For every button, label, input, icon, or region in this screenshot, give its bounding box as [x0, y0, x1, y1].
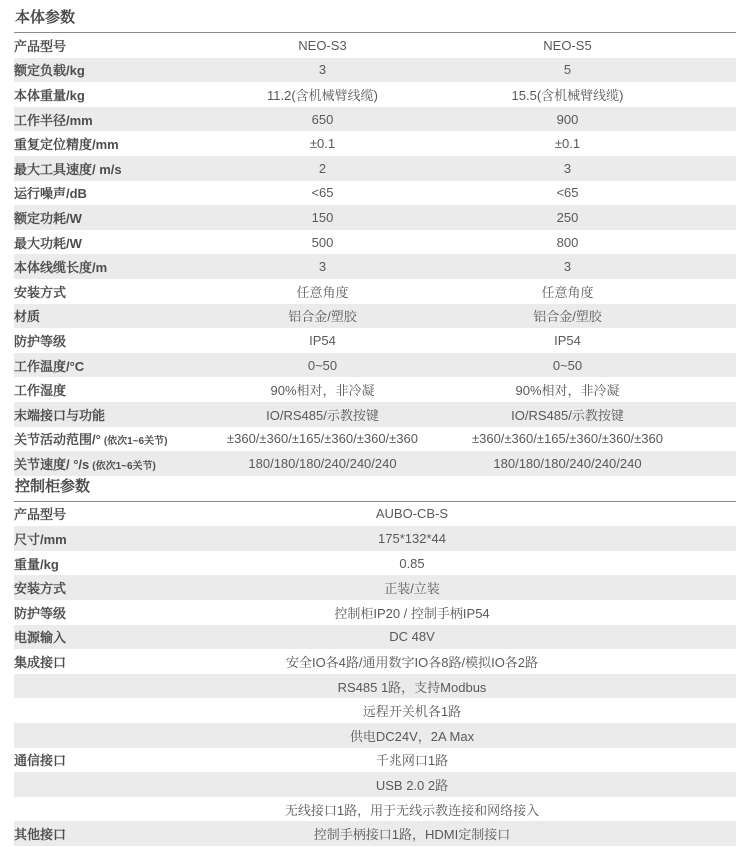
spec-label-cell	[14, 723, 200, 748]
spec-label: 尺寸/mm	[14, 532, 67, 547]
spec-value-cell: 900	[445, 107, 690, 132]
spec-value-cell: 3	[200, 58, 445, 83]
spec-value-cell: 0~50	[200, 353, 445, 378]
section-header: 本体参数	[14, 9, 736, 33]
spec-label-cell: 安装方式	[14, 279, 200, 304]
row-filler	[690, 107, 736, 132]
row-filler	[690, 377, 736, 402]
spec-label-cell: 通信接口	[14, 748, 200, 773]
control-cabinet-rows: 产品型号AUBO-CB-S尺寸/mm175*132*44重量/kg0.85安装方…	[14, 502, 736, 846]
spec-value-cell: 175*132*44	[200, 526, 624, 551]
table-row: 最大功耗/W500800	[14, 230, 736, 255]
spec-value-cell: <65	[200, 181, 445, 206]
spec-label-cell: 本体线缆长度/m	[14, 254, 200, 279]
spec-label-cell	[14, 772, 200, 797]
spec-value-cell: IP54	[200, 328, 445, 353]
row-filler	[690, 328, 736, 353]
spec-label: 工作温度/°C	[14, 359, 84, 374]
spec-label: 其他接口	[14, 827, 66, 842]
spec-value-cell: 3	[200, 254, 445, 279]
row-filler	[690, 427, 736, 452]
table-row: 工作湿度90%相对，非冷凝90%相对，非冷凝	[14, 377, 736, 402]
table-row: 关节活动范围/°(依次1~6关节)±360/±360/±165/±360/±36…	[14, 427, 736, 452]
spec-value-cell: USB 2.0 2路	[200, 772, 624, 797]
spec-label-cell: 额定功耗/W	[14, 205, 200, 230]
spec-value-cell: 0.85	[200, 551, 624, 576]
row-filler	[624, 821, 736, 846]
spec-value-cell: RS485 1路，支持Modbus	[200, 674, 624, 699]
spec-label: 最大功耗/W	[14, 236, 82, 251]
row-filler	[624, 526, 736, 551]
spec-label-cell: 产品型号	[14, 502, 200, 527]
spec-label: 防护等级	[14, 334, 66, 349]
spec-value-cell: NEO-S5	[445, 33, 690, 58]
spec-label-cell: 安装方式	[14, 575, 200, 600]
spec-value-cell: 0~50	[445, 353, 690, 378]
spec-value-cell: 500	[200, 230, 445, 255]
spec-label: 产品型号	[14, 507, 66, 522]
row-filler	[690, 131, 736, 156]
table-row: 材质铝合金/塑胶铝合金/塑胶	[14, 304, 736, 329]
spec-label-cell: 材质	[14, 304, 200, 329]
table-row: 电源输入DC 48V	[14, 625, 736, 650]
spec-value-cell: 2	[200, 156, 445, 181]
spec-label-note: (依次1~6关节)	[92, 461, 156, 472]
row-filler	[624, 649, 736, 674]
spec-label: 工作半径/mm	[14, 113, 93, 128]
spec-value-cell: IO/RS485/示教按键	[200, 402, 445, 427]
spec-label-cell: 最大工具速度/ m/s	[14, 156, 200, 181]
row-filler	[624, 698, 736, 723]
spec-label-cell: 尺寸/mm	[14, 526, 200, 551]
spec-label: 末端接口与功能	[14, 408, 105, 423]
table-row: 本体重量/kg11.2(含机械臂线缆)15.5(含机械臂线缆)	[14, 82, 736, 107]
spec-label-cell: 防护等级	[14, 328, 200, 353]
row-filler	[690, 58, 736, 83]
spec-value-cell: NEO-S3	[200, 33, 445, 58]
spec-label-cell: 额定负载/kg	[14, 58, 200, 83]
spec-label: 安装方式	[14, 581, 66, 596]
spec-label: 关节活动范围/°	[14, 432, 101, 447]
spec-label: 通信接口	[14, 753, 66, 768]
body-parameters-table: 产品型号NEO-S3NEO-S5额定负载/kg35本体重量/kg11.2(含机械…	[14, 33, 736, 476]
spec-label-cell: 电源输入	[14, 625, 200, 650]
spec-label: 本体线缆长度/m	[14, 260, 107, 275]
spec-label: 关节速度/ °/s	[14, 457, 89, 472]
section-header: 控制柜参数	[14, 478, 736, 502]
table-row: 通信接口千兆网口1路	[14, 748, 736, 773]
table-row: USB 2.0 2路	[14, 772, 736, 797]
spec-value-cell: 650	[200, 107, 445, 132]
spec-value-cell: 任意角度	[445, 279, 690, 304]
body-parameters-rows: 产品型号NEO-S3NEO-S5额定负载/kg35本体重量/kg11.2(含机械…	[14, 33, 736, 476]
spec-label: 额定功耗/W	[14, 211, 82, 226]
table-row: 本体线缆长度/m33	[14, 254, 736, 279]
spec-value-cell: <65	[445, 181, 690, 206]
spec-value-cell: 5	[445, 58, 690, 83]
table-row: 重复定位精度/mm±0.1±0.1	[14, 131, 736, 156]
table-row: 额定负载/kg35	[14, 58, 736, 83]
row-filler	[690, 82, 736, 107]
row-filler	[624, 502, 736, 527]
table-row: 防护等级IP54IP54	[14, 328, 736, 353]
spec-label-cell: 集成接口	[14, 649, 200, 674]
table-row: 安装方式任意角度任意角度	[14, 279, 736, 304]
row-filler	[624, 772, 736, 797]
row-filler	[624, 797, 736, 822]
spec-value-cell: 90%相对，非冷凝	[200, 377, 445, 402]
row-filler	[690, 304, 736, 329]
row-filler	[624, 575, 736, 600]
spec-label: 重量/kg	[14, 557, 59, 572]
spec-value-cell: ±360/±360/±165/±360/±360/±360	[200, 427, 445, 452]
row-filler	[690, 279, 736, 304]
section-title: 控制柜参数	[15, 478, 736, 495]
control-cabinet-table: 产品型号AUBO-CB-S尺寸/mm175*132*44重量/kg0.85安装方…	[14, 502, 736, 846]
row-filler	[690, 181, 736, 206]
row-filler	[624, 551, 736, 576]
spec-label-cell: 重量/kg	[14, 551, 200, 576]
spec-label-cell: 关节活动范围/°(依次1~6关节)	[14, 427, 200, 452]
spec-label: 材质	[14, 309, 40, 324]
spec-value-cell: 铝合金/塑胶	[200, 304, 445, 329]
table-row: 额定功耗/W150250	[14, 205, 736, 230]
spec-label: 最大工具速度/ m/s	[14, 162, 122, 177]
row-filler	[624, 600, 736, 625]
spec-label: 防护等级	[14, 606, 66, 621]
spec-label: 集成接口	[14, 655, 66, 670]
spec-value-cell: AUBO-CB-S	[200, 502, 624, 527]
spec-label: 运行噪声/dB	[14, 186, 87, 201]
row-filler	[690, 205, 736, 230]
spec-label-cell: 产品型号	[14, 33, 200, 58]
spec-label-cell: 其他接口	[14, 821, 200, 846]
spec-value-cell: 11.2(含机械臂线缆)	[200, 82, 445, 107]
spec-value-cell: 千兆网口1路	[200, 748, 624, 773]
spec-label: 电源输入	[14, 630, 66, 645]
row-filler	[690, 254, 736, 279]
spec-value-cell: 任意角度	[200, 279, 445, 304]
spec-label: 工作湿度	[14, 383, 66, 398]
spec-value-cell: 正装/立装	[200, 575, 624, 600]
spec-value-cell: 供电DC24V，2A Max	[200, 723, 624, 748]
control-cabinet-section: 控制柜参数 产品型号AUBO-CB-S尺寸/mm175*132*44重量/kg0…	[14, 478, 736, 846]
table-row: 远程开关机各1路	[14, 698, 736, 723]
table-row: 产品型号NEO-S3NEO-S5	[14, 33, 736, 58]
table-row: 集成接口安全IO各4路/通用数字IO各8路/模拟IO各2路	[14, 649, 736, 674]
spec-value-cell: 90%相对，非冷凝	[445, 377, 690, 402]
row-filler	[690, 402, 736, 427]
table-row: 末端接口与功能IO/RS485/示教按键IO/RS485/示教按键	[14, 402, 736, 427]
spec-value-cell: IP54	[445, 328, 690, 353]
row-filler	[690, 33, 736, 58]
spec-label-cell	[14, 797, 200, 822]
spec-value-cell: 180/180/180/240/240/240	[200, 451, 445, 476]
table-row: 防护等级控制柜IP20 / 控制手柄IP54	[14, 600, 736, 625]
spec-label: 额定负载/kg	[14, 63, 85, 78]
spec-label-cell: 重复定位精度/mm	[14, 131, 200, 156]
spec-label-cell: 本体重量/kg	[14, 82, 200, 107]
spec-value-cell: 3	[445, 156, 690, 181]
spec-value-cell: 800	[445, 230, 690, 255]
spec-label-cell: 关节速度/ °/s(依次1~6关节)	[14, 451, 200, 476]
table-row: 工作半径/mm650900	[14, 107, 736, 132]
table-row: 工作温度/°C0~500~50	[14, 353, 736, 378]
spec-value-cell: DC 48V	[200, 625, 624, 650]
row-filler	[690, 353, 736, 378]
table-row: 产品型号AUBO-CB-S	[14, 502, 736, 527]
spec-value-cell: ±360/±360/±165/±360/±360/±360	[445, 427, 690, 452]
table-row: 尺寸/mm175*132*44	[14, 526, 736, 551]
spec-label: 产品型号	[14, 39, 66, 54]
spec-label-note: (依次1~6关节)	[104, 436, 168, 447]
row-filler	[690, 156, 736, 181]
spec-value-cell: ±0.1	[445, 131, 690, 156]
spec-value-cell: 250	[445, 205, 690, 230]
spec-label-cell	[14, 674, 200, 699]
spec-value-cell: 远程开关机各1路	[200, 698, 624, 723]
row-filler	[624, 674, 736, 699]
row-filler	[624, 625, 736, 650]
spec-label-cell: 工作湿度	[14, 377, 200, 402]
spec-value-cell: 安全IO各4路/通用数字IO各8路/模拟IO各2路	[200, 649, 624, 674]
spec-label-cell: 末端接口与功能	[14, 402, 200, 427]
row-filler	[690, 451, 736, 476]
spec-label-cell: 防护等级	[14, 600, 200, 625]
spec-value-cell: 无线接口1路，用于无线示教连接和网络接入	[200, 797, 624, 822]
table-row: 无线接口1路，用于无线示教连接和网络接入	[14, 797, 736, 822]
spec-value-cell: 15.5(含机械臂线缆)	[445, 82, 690, 107]
spec-label-cell: 工作温度/°C	[14, 353, 200, 378]
spec-label-cell: 运行噪声/dB	[14, 181, 200, 206]
row-filler	[624, 723, 736, 748]
table-row: 供电DC24V，2A Max	[14, 723, 736, 748]
spec-value-cell: 150	[200, 205, 445, 230]
row-filler	[690, 230, 736, 255]
body-parameters-section: 本体参数 产品型号NEO-S3NEO-S5额定负载/kg35本体重量/kg11.…	[14, 9, 736, 476]
spec-value-cell: 3	[445, 254, 690, 279]
spec-label: 重复定位精度/mm	[14, 137, 119, 152]
table-row: 最大工具速度/ m/s23	[14, 156, 736, 181]
spec-label: 安装方式	[14, 285, 66, 300]
spec-value-cell: IO/RS485/示教按键	[445, 402, 690, 427]
table-row: 安装方式正装/立装	[14, 575, 736, 600]
spec-label: 本体重量/kg	[14, 88, 85, 103]
spec-value-cell: 控制手柄接口1路，HDMI定制接口	[200, 821, 624, 846]
section-title: 本体参数	[15, 9, 736, 26]
table-row: 重量/kg0.85	[14, 551, 736, 576]
spec-value-cell: 铝合金/塑胶	[445, 304, 690, 329]
table-row: 关节速度/ °/s(依次1~6关节)180/180/180/240/240/24…	[14, 451, 736, 476]
table-row: RS485 1路，支持Modbus	[14, 674, 736, 699]
table-row: 其他接口控制手柄接口1路，HDMI定制接口	[14, 821, 736, 846]
spec-label-cell	[14, 698, 200, 723]
spec-label-cell: 工作半径/mm	[14, 107, 200, 132]
table-row: 运行噪声/dB<65<65	[14, 181, 736, 206]
spec-value-cell: 控制柜IP20 / 控制手柄IP54	[200, 600, 624, 625]
row-filler	[624, 748, 736, 773]
spec-label-cell: 最大功耗/W	[14, 230, 200, 255]
spec-value-cell: ±0.1	[200, 131, 445, 156]
spec-value-cell: 180/180/180/240/240/240	[445, 451, 690, 476]
